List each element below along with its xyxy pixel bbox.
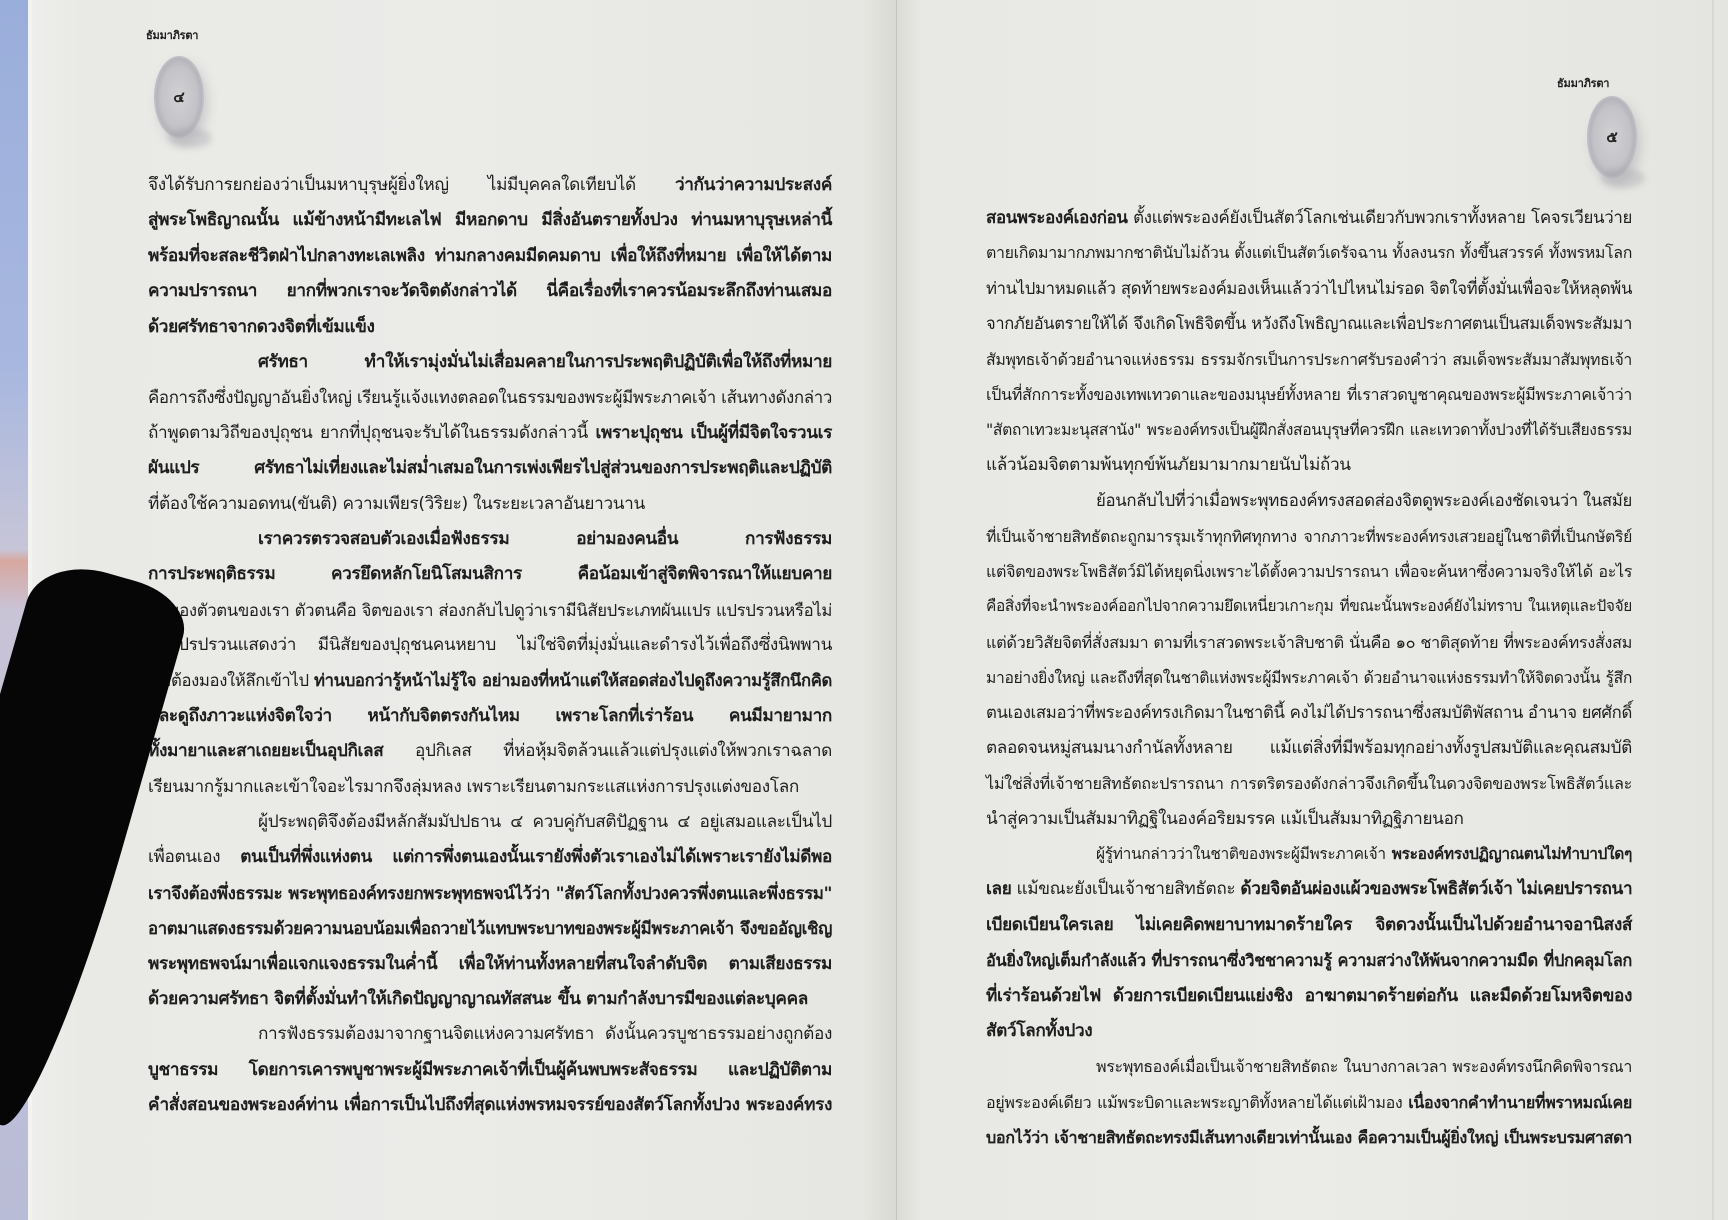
text-run: ไม่ใช่สิ่งที่เจ้าชายสิทธัตถะปรารถนา การต… [986, 774, 1632, 793]
text-run: ย้อนกลับไปที่ว่าเมื่อพระพุทธองค์ทรงสอดส่… [1096, 490, 1632, 510]
text-run: แต่ด้วยวิสัยจิตที่สั่งสมมา ตามที่เราสวดพ… [986, 633, 1632, 652]
text-line: เราควรตรวจสอบตัวเองเมื่อฟังธรรม อย่ามองค… [148, 522, 832, 557]
bold-text-run: บอกไว้ว่า เจ้าชายสิทธัตถะทรงมีเส้นทางเดี… [986, 1128, 1632, 1147]
bold-text-run: อันยิ่งใหญ่เต็มกำลังแล้ว ที่ปรารถนาซึ่งว… [986, 951, 1632, 970]
text-run: เพื่อตนเอง [148, 847, 240, 867]
text-run: ถ้าแปรปรวนแสดงว่า มีนิสัยของปุถุชนคนหยาบ… [148, 635, 832, 655]
text-line: อันยิ่งใหญ่เต็มกำลังแล้ว ที่ปรารถนาซึ่งว… [986, 943, 1632, 978]
text-line: บูชาธรรม โดยการเคารพบูชาพระผู้มีพระภาคเจ… [148, 1053, 832, 1088]
bold-text-run: คำสั่งสอนของพระองค์ท่าน เพื่อการเป็นไปถึ… [148, 1095, 832, 1115]
text-line: ผู้ประพฤติจึงต้องมีหลักสัมมัปปธาน ๔ ควบค… [148, 805, 832, 840]
bold-text-run: ที่เร่าร้อนด้วยไฟ ด้วยการเบียดเบียนแย่งช… [986, 986, 1632, 1006]
text-run: ถ้าพูดตามวิถีของปุถุชน ยากที่ปุถุชนจะรับ… [148, 423, 596, 443]
text-run: ตลอดจนหมู่สนมนางกำนัลทั้งหลาย แม้แต่สิ่ง… [986, 738, 1632, 758]
bold-text-run: และดูถึงภาวะแห่งจิตใจว่า หน้ากับจิตตรงกั… [148, 706, 832, 726]
text-line: สู่พระโพธิญาณนั้น แม้ข้างหน้ามีทะเลไฟ มี… [148, 203, 832, 238]
text-run: คือมองตัวตนของเรา ตัวตนคือ จิตของเรา ส่อ… [148, 600, 832, 620]
text-line: เป็นที่สักการะทั้งของเทพเทวดาและของมนุษย… [986, 377, 1632, 412]
text-run: ตั้งแต่พระองค์ยังเป็นสัตว์โลกเช่นเดียวกั… [1128, 207, 1632, 227]
dharma-wheel-icon: ๕ [1587, 96, 1637, 178]
text-line: ทั้งมายาและสาเถยยะเป็นอุปกิเลส อุปกิเลส … [148, 734, 832, 769]
running-header-left: ธัมมาภิรตา [146, 26, 198, 44]
text-line: จึงได้รับการยกย่องว่าเป็นมหาบุรุษผู้ยิ่ง… [148, 168, 832, 203]
running-header-right: ธัมมาภิรตา [1557, 74, 1609, 92]
paragraph: เราควรตรวจสอบตัวเองเมื่อฟังธรรม อย่ามองค… [148, 522, 832, 805]
text-line: "สัตถาเทวะมะนุสสานัง" พระองค์ทรงเป็นผู้ฝ… [986, 412, 1632, 447]
text-run: อยู่พระองค์เดียว แม้พระบิดาและพระญาติทั้… [986, 1093, 1408, 1112]
paragraph: ผู้รู้ท่านกล่าวว่าในชาติของพระผู้มีพระภา… [986, 837, 1632, 1049]
text-line: ที่เร่าร้อนด้วยไฟ ด้วยการเบียดเบียนแย่งช… [986, 979, 1632, 1014]
bold-text-run: ความปรารถนา ยากที่พวกเราจะวัดจิตดังกล่าว… [148, 281, 832, 301]
text-line: ตนเองเสมอว่าที่พระองค์ทรงเกิดมาในชาตินี้… [986, 695, 1632, 730]
bold-text-run: เราจึงต้องพึ่งธรรมะ พระพุทธองค์ทรงยกพระพ… [148, 883, 832, 903]
text-line: ไม่ใช่สิ่งที่เจ้าชายสิทธัตถะปรารถนา การต… [986, 766, 1632, 801]
text-line: การฟังธรรมต้องมาจากฐานจิตแห่งความศรัทธา … [148, 1017, 832, 1052]
text-run: เป็นที่สักการะทั้งของเทพเทวดาและของมนุษย… [986, 385, 1632, 404]
text-run: แม้ขณะยังเป็นเจ้าชายสิทธัตถะ [1011, 879, 1240, 899]
bold-text-run: สู่พระโพธิญาณนั้น แม้ข้างหน้ามีทะเลไฟ มี… [148, 210, 832, 230]
page-fore-edge [1712, 0, 1714, 1220]
text-line: สัมพุทธเจ้าด้วยอำนาจแห่งธรรม ธรรมจักรเป็… [986, 342, 1632, 377]
bold-text-run: ทั้งมายาและสาเถยยะเป็นอุปกิเลส [148, 741, 383, 761]
text-line: เราต้องมองให้ลึกเข้าไป ท่านบอกว่ารู้หน้า… [148, 663, 832, 698]
text-run: เราต้องมองให้ลึกเข้าไป [148, 671, 314, 690]
text-line: แล้วน้อมจิตตามพ้นทุกข์พ้นภัยมามากมายนับไ… [986, 448, 1632, 483]
paragraph: ย้อนกลับไปที่ว่าเมื่อพระพุทธองค์ทรงสอดส่… [986, 483, 1632, 837]
text-line: เราจึงต้องพึ่งธรรมะ พระพุทธองค์ทรงยกพระพ… [148, 876, 832, 911]
text-run: แต่จิตของพระโพธิสัตว์มิได้หยุดนิ่งเพราะไ… [986, 562, 1632, 581]
text-line: ถ้าแปรปรวนแสดงว่า มีนิสัยของปุถุชนคนหยาบ… [148, 628, 832, 663]
text-run: แล้วน้อมจิตตามพ้นทุกข์พ้นภัยมามากมายนับไ… [986, 455, 1351, 475]
bold-text-run: พร้อมที่จะสละชีวิตฝ่าไปกลางทะเลเพลิง ท่า… [148, 246, 832, 266]
text-run: จากภัยอันตรายให้ได้ จึงเกิดโพธิจิตขึ้น ห… [986, 314, 1632, 333]
text-line: การประพฤติธรรม ควรยึดหลักโยนิโสมนสิการ ค… [148, 557, 832, 592]
bold-text-run: ด้วยศรัทธาจากดวงจิตที่เข้มแข็ง [148, 317, 375, 337]
text-line: สัตว์โลกทั้งปวง [986, 1014, 1632, 1049]
text-line: ผันแปร ศรัทธาไม่เที่ยงและไม่สม่ำเสมอในกา… [148, 451, 832, 486]
text-line: คือมองตัวตนของเรา ตัวตนคือ จิตของเรา ส่อ… [148, 593, 832, 628]
right-page: ธัมมาภิรตา ๕ สอนพระองค์เองก่อน ตั้งแต่พร… [897, 0, 1728, 1220]
text-line: สอนพระองค์เองก่อน ตั้งแต่พระองค์ยังเป็นส… [986, 200, 1632, 235]
paragraph: สอนพระองค์เองก่อน ตั้งแต่พระองค์ยังเป็นส… [986, 200, 1632, 483]
paragraph: ผู้ประพฤติจึงต้องมีหลักสัมมัปปธาน ๔ ควบค… [148, 805, 832, 1017]
text-line: ด้วยศรัทธาจากดวงจิตที่เข้มแข็ง [148, 310, 832, 345]
bold-text-run: บูชาธรรม โดยการเคารพบูชาพระผู้มีพระภาคเจ… [148, 1060, 832, 1080]
text-line: แต่ด้วยวิสัยจิตที่สั่งสมมา ตามที่เราสวดพ… [986, 625, 1632, 660]
bold-text-run: ตนเป็นที่พึ่งแห่งตน แต่การพึ่งตนเองนั้นเ… [240, 847, 832, 867]
text-line: มาอย่างยิ่งใหญ่ และถึงที่สุดในชาติแห่งพร… [986, 660, 1632, 695]
text-run: ตนเองเสมอว่าที่พระองค์ทรงเกิดมาในชาตินี้… [986, 702, 1632, 722]
text-line: เพื่อตนเอง ตนเป็นที่พึ่งแห่งตน แต่การพึ่… [148, 840, 832, 875]
bold-text-run: สัตว์โลกทั้งปวง [986, 1021, 1092, 1041]
text-run: พระพุทธองค์เมื่อเป็นเจ้าชายสิทธัตถะ ในบา… [1096, 1057, 1632, 1076]
text-line: อาตมาแสดงธรรมด้วยความนอบน้อมเพื่อถวายไว้… [148, 911, 832, 946]
bold-text-run: เลย [986, 879, 1011, 899]
text-run: คือสิ่งที่จะนำพระองค์ออกไปจากความยึดเหนี… [986, 597, 1632, 615]
text-run: นำสู่ความเป็นสัมมาทิฏฐิในองค์อริยมรรค แม… [986, 809, 1464, 829]
text-run: ท่านไปมาหมดแล้ว สุดท้ายพระองค์มองเห็นแล้… [986, 279, 1632, 298]
text-run: มาอย่างยิ่งใหญ่ และถึงที่สุดในชาติแห่งพร… [986, 668, 1632, 687]
text-line: ผู้รู้ท่านกล่าวว่าในชาติของพระผู้มีพระภา… [986, 837, 1632, 872]
paragraph: ศรัทธา ทำให้เรามุ่งมั่นไม่เสื่อมคลายในกา… [148, 345, 832, 522]
bold-text-run: ศรัทธา ทำให้เรามุ่งมั่นไม่เสื่อมคลายในกา… [258, 352, 832, 372]
text-line: เรียนมากรู้มากและเข้าใจอะไรมากจึงลุ่มหลง… [148, 770, 832, 805]
text-line: พร้อมที่จะสละชีวิตฝ่าไปกลางทะเลเพลิง ท่า… [148, 239, 832, 274]
text-line: ศรัทธา ทำให้เรามุ่งมั่นไม่เสื่อมคลายในกา… [148, 345, 832, 380]
text-run: สัมพุทธเจ้าด้วยอำนาจแห่งธรรม ธรรมจักรเป็… [986, 350, 1632, 369]
page-number-right: ๕ [1606, 125, 1617, 149]
text-line: ที่เป็นเจ้าชายสิทธัตถะถูกมารรุมเร้าทุกทิ… [986, 519, 1632, 554]
text-line: และดูถึงภาวะแห่งจิตใจว่า หน้ากับจิตตรงกั… [148, 699, 832, 734]
right-page-body: สอนพระองค์เองก่อน ตั้งแต่พระองค์ยังเป็นส… [986, 200, 1632, 1156]
text-line: ตายเกิดมามากภพมากชาตินับไม่ถ้วน ตั้งแต่เ… [986, 235, 1632, 270]
text-line: ความปรารถนา ยากที่พวกเราจะวัดจิตดังกล่าว… [148, 274, 832, 309]
text-line: คือสิ่งที่จะนำพระองค์ออกไปจากความยึดเหนี… [986, 589, 1632, 624]
text-line: พระพุทธองค์เมื่อเป็นเจ้าชายสิทธัตถะ ในบา… [986, 1049, 1632, 1084]
bold-text-run: ว่ากันว่าความประสงค์ [675, 175, 832, 195]
bold-text-run: พระองค์ทรงปฏิญาณตนไม่ทำบาปใดๆ [1392, 845, 1632, 863]
page-number-left: ๔ [173, 85, 184, 109]
bold-text-run: ด้วยจิตอันผ่องแผ้วของพระโพธิสัตว์เจ้า ไม… [1240, 879, 1632, 899]
bold-text-run: ด้วยความศรัทธา จิตที่ตั้งมั่นทำให้เกิดปั… [148, 989, 808, 1009]
text-run: อุปกิเลส ที่ห่อหุ้มจิตล้วนแล้วแต่ปรุงแต่… [383, 741, 832, 761]
bold-text-run: พระพุทธพจน์มาเพื่อแจกแจงธรรมในค่ำนี้ เพื… [148, 954, 832, 974]
text-line: เลย แม้ขณะยังเป็นเจ้าชายสิทธัตถะ ด้วยจิต… [986, 872, 1632, 907]
text-run: ที่ต้องใช้ความอดทน(ขันติ) ความเพียร(วิริ… [148, 494, 645, 514]
bold-text-run: ท่านบอกว่ารู้หน้าไม่รู้ใจ อย่ามองที่หน้า… [314, 671, 832, 690]
paragraph: จึงได้รับการยกย่องว่าเป็นมหาบุรุษผู้ยิ่ง… [148, 168, 832, 345]
bold-text-run: สอนพระองค์เองก่อน [986, 207, 1128, 227]
text-run: ผู้รู้ท่านกล่าวว่าในชาติของพระผู้มีพระภา… [1096, 845, 1392, 863]
text-line: ท่านไปมาหมดแล้ว สุดท้ายพระองค์มองเห็นแล้… [986, 271, 1632, 306]
bold-text-run: เนื่องจากคำทำนายที่พราหมณ์เคย [1408, 1093, 1632, 1112]
text-run: จึงได้รับการยกย่องว่าเป็นมหาบุรุษผู้ยิ่ง… [148, 175, 675, 195]
paragraph: การฟังธรรมต้องมาจากฐานจิตแห่งความศรัทธา … [148, 1017, 832, 1123]
bold-text-run: ผันแปร ศรัทธาไม่เที่ยงและไม่สม่ำเสมอในกา… [148, 458, 832, 478]
bold-text-run: เราควรตรวจสอบตัวเองเมื่อฟังธรรม อย่ามองค… [258, 529, 832, 549]
text-run: เรียนมากรู้มากและเข้าใจอะไรมากจึงลุ่มหลง… [148, 777, 799, 797]
left-page-body: จึงได้รับการยกย่องว่าเป็นมหาบุรุษผู้ยิ่ง… [148, 168, 832, 1124]
text-line: จากภัยอันตรายให้ได้ จึงเกิดโพธิจิตขึ้น ห… [986, 306, 1632, 341]
text-line: นำสู่ความเป็นสัมมาทิฏฐิในองค์อริยมรรค แม… [986, 802, 1632, 837]
text-run: ตายเกิดมามากภพมากชาตินับไม่ถ้วน ตั้งแต่เ… [986, 243, 1632, 262]
dharma-wheel-icon: ๔ [154, 56, 204, 138]
text-line: เบียดเบียนใครเลย ไม่เคยคิดพยาบาทมาดร้ายใ… [986, 908, 1632, 943]
bold-text-run: อาตมาแสดงธรรมด้วยความนอบน้อมเพื่อถวายไว้… [148, 918, 832, 938]
text-run: ผู้ประพฤติจึงต้องมีหลักสัมมัปปธาน ๔ ควบค… [258, 812, 832, 832]
text-line: คือการถึงซึ่งปัญญาอันยิ่งใหญ่ เรียนรู้แจ… [148, 380, 832, 415]
text-run: ที่เป็นเจ้าชายสิทธัตถะถูกมารรุมเร้าทุกทิ… [986, 527, 1632, 546]
text-line: ย้อนกลับไปที่ว่าเมื่อพระพุทธองค์ทรงสอดส่… [986, 483, 1632, 518]
text-line: ด้วยความศรัทธา จิตที่ตั้งมั่นทำให้เกิดปั… [148, 982, 832, 1017]
text-line: คำสั่งสอนของพระองค์ท่าน เพื่อการเป็นไปถึ… [148, 1088, 832, 1123]
bold-text-run: เพราะปุถุชน เป็นผู้ที่มีจิตใจรวนเร [596, 423, 832, 443]
text-line: ตลอดจนหมู่สนมนางกำนัลทั้งหลาย แม้แต่สิ่ง… [986, 731, 1632, 766]
bold-text-run: เบียดเบียนใครเลย ไม่เคยคิดพยาบาทมาดร้ายใ… [986, 915, 1632, 935]
text-line: แต่จิตของพระโพธิสัตว์มิได้หยุดนิ่งเพราะไ… [986, 554, 1632, 589]
paragraph: พระพุทธองค์เมื่อเป็นเจ้าชายสิทธัตถะ ในบา… [986, 1049, 1632, 1155]
text-line: อยู่พระองค์เดียว แม้พระบิดาและพระญาติทั้… [986, 1085, 1632, 1120]
text-line: ที่ต้องใช้ความอดทน(ขันติ) ความเพียร(วิริ… [148, 487, 832, 522]
text-run: คือการถึงซึ่งปัญญาอันยิ่งใหญ่ เรียนรู้แจ… [148, 387, 832, 407]
text-run: "สัตถาเทวะมะนุสสานัง" พระองค์ทรงเป็นผู้ฝ… [986, 420, 1632, 439]
bold-text-run: การประพฤติธรรม ควรยึดหลักโยนิโสมนสิการ ค… [148, 564, 832, 584]
text-line: ถ้าพูดตามวิถีของปุถุชน ยากที่ปุถุชนจะรับ… [148, 416, 832, 451]
text-run: การฟังธรรมต้องมาจากฐานจิตแห่งความศรัทธา … [258, 1024, 832, 1044]
text-line: บอกไว้ว่า เจ้าชายสิทธัตถะทรงมีเส้นทางเดี… [986, 1120, 1632, 1155]
text-line: พระพุทธพจน์มาเพื่อแจกแจงธรรมในค่ำนี้ เพื… [148, 947, 832, 982]
